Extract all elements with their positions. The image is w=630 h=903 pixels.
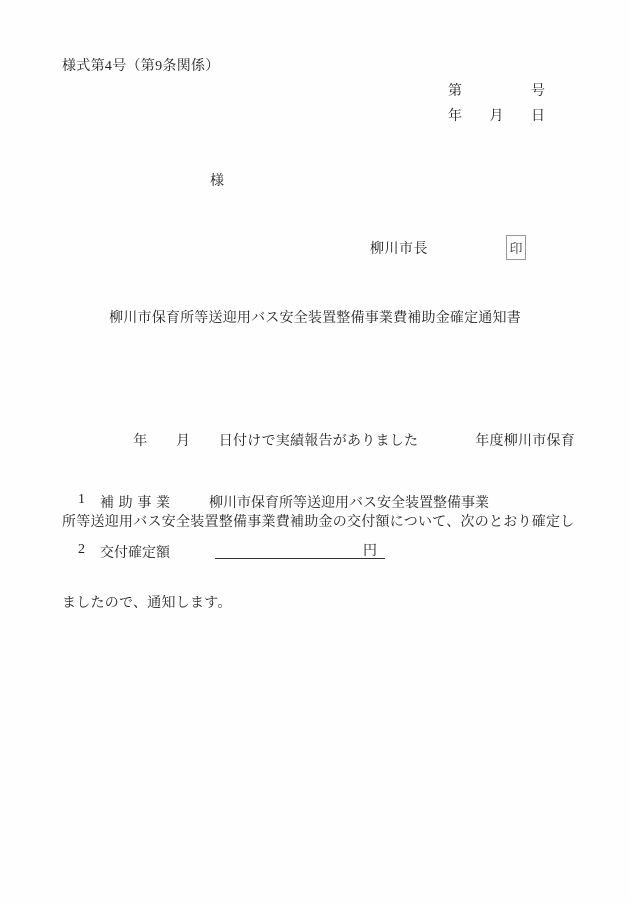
seal-placeholder-box: 印 (506, 235, 526, 260)
item-1-value: 柳川市保育所等送迎用バス安全装置整備事業 (209, 492, 489, 512)
amount-blank-underline: 円 (215, 540, 385, 559)
amount-unit-label: 円 (363, 544, 377, 559)
sender-title: 柳川市長 (370, 238, 428, 258)
item-row-confirmed-amount: 2 交付確定額 円 (0, 542, 630, 564)
document-number-prefix: 第 (448, 80, 462, 100)
item-1-number: 1 (78, 492, 85, 508)
body-line-1: 年 月 日付けで実績報告がありました 年度柳川市保育 (62, 428, 582, 455)
document-number-suffix: 号 (531, 80, 545, 100)
document-page: 様式第4号（第9条関係） 第 号 年 月 日 様 柳川市長 印 柳川市保育所等送… (0, 0, 630, 903)
date-year-label: 年 (448, 105, 462, 125)
document-title: 柳川市保育所等送迎用バス安全装置整備事業費補助金確定通知書 (0, 307, 630, 327)
item-2-number: 2 (78, 542, 85, 558)
date-month-label: 月 (490, 105, 504, 125)
body-paragraph: 年 月 日付けで実績報告がありました 年度柳川市保育 所等送迎用バス安全装置整備… (62, 374, 582, 671)
seal-label: 印 (509, 238, 522, 257)
form-number: 様式第4号（第9条関係） (62, 55, 220, 75)
addressee-honorific: 様 (210, 170, 224, 190)
date-line: 年 月 日 (448, 105, 545, 125)
document-number-line: 第 号 (448, 80, 545, 100)
body-line-3: ましたので、通知します。 (62, 590, 582, 617)
item-2-label: 交付確定額 (100, 542, 170, 562)
item-row-subsidy-project: 1 補助事業 柳川市保育所等送迎用バス安全装置整備事業 (0, 492, 630, 514)
item-1-label: 補助事業 (100, 492, 170, 512)
date-day-label: 日 (531, 105, 545, 125)
